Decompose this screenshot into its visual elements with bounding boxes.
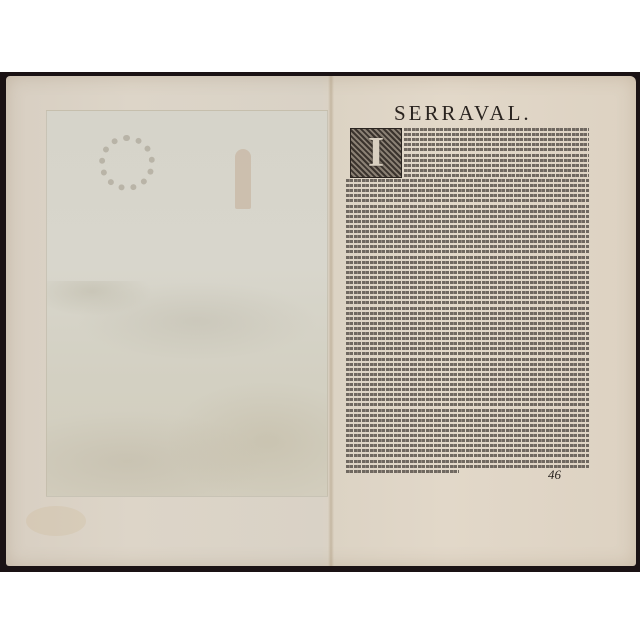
text-line xyxy=(346,444,589,447)
text-line xyxy=(346,266,589,269)
text-line xyxy=(346,245,589,248)
body-text-block: I xyxy=(346,128,589,473)
text-line xyxy=(346,383,589,386)
text-line xyxy=(404,164,589,167)
text-line xyxy=(346,460,589,463)
text-line xyxy=(346,470,459,473)
text-line xyxy=(346,363,589,366)
text-line xyxy=(404,154,589,157)
text-line xyxy=(346,449,589,452)
decorated-initial: I xyxy=(350,128,402,178)
text-line xyxy=(346,332,589,335)
text-line xyxy=(346,439,589,442)
text-line xyxy=(346,429,589,432)
text-line xyxy=(346,307,589,310)
text-line xyxy=(346,347,589,350)
text-line xyxy=(346,286,589,289)
wreath-cartouche-icon xyxy=(99,135,155,191)
initial-letter: I xyxy=(368,132,384,174)
text-line xyxy=(346,403,589,406)
text-line xyxy=(346,424,589,427)
text-line xyxy=(346,215,589,218)
tower-figure xyxy=(235,149,251,209)
text-line xyxy=(346,296,589,299)
text-line xyxy=(346,419,589,422)
text-line xyxy=(404,174,589,177)
text-line xyxy=(346,454,589,457)
text-line xyxy=(346,184,589,187)
text-line xyxy=(346,368,589,371)
text-line xyxy=(404,128,589,131)
text-line xyxy=(346,235,589,238)
text-line xyxy=(404,148,589,151)
text-line xyxy=(346,281,589,284)
text-line xyxy=(346,378,589,381)
text-line xyxy=(404,133,589,136)
text-line xyxy=(346,312,589,315)
text-line xyxy=(346,388,589,391)
text-line xyxy=(346,205,589,208)
text-line xyxy=(346,199,589,202)
text-line xyxy=(346,409,589,412)
text-line xyxy=(346,373,589,376)
landscape-hills xyxy=(47,281,327,496)
text-line xyxy=(346,322,589,325)
text-line xyxy=(346,220,589,223)
text-line xyxy=(346,189,589,192)
text-line xyxy=(404,143,589,146)
text-line xyxy=(346,393,589,396)
text-line xyxy=(346,342,589,345)
text-line xyxy=(346,352,589,355)
text-line xyxy=(346,194,589,197)
text-line xyxy=(346,398,589,401)
text-line xyxy=(346,337,589,340)
text-line xyxy=(346,261,589,264)
page-title: SERRAVAL. xyxy=(394,101,532,126)
text-line xyxy=(346,225,589,228)
text-line xyxy=(346,414,589,417)
text-line xyxy=(346,210,589,213)
text-line xyxy=(346,240,589,243)
left-page xyxy=(6,76,331,566)
text-line xyxy=(404,169,589,172)
text-line xyxy=(346,250,589,253)
right-page: SERRAVAL. I 46 xyxy=(334,76,636,566)
text-line xyxy=(346,230,589,233)
text-line xyxy=(346,291,589,294)
text-line xyxy=(346,301,589,304)
text-line xyxy=(346,327,589,330)
text-line xyxy=(346,434,589,437)
text-line xyxy=(404,159,589,162)
paper-stain xyxy=(26,506,86,536)
text-line xyxy=(346,271,589,274)
text-line xyxy=(404,138,589,141)
text-line xyxy=(346,179,589,182)
page-number: 46 xyxy=(548,467,561,483)
text-line xyxy=(346,358,589,361)
text-line xyxy=(346,276,589,279)
text-line xyxy=(346,317,589,320)
engraving-show-through xyxy=(46,110,328,497)
text-line xyxy=(346,256,589,259)
